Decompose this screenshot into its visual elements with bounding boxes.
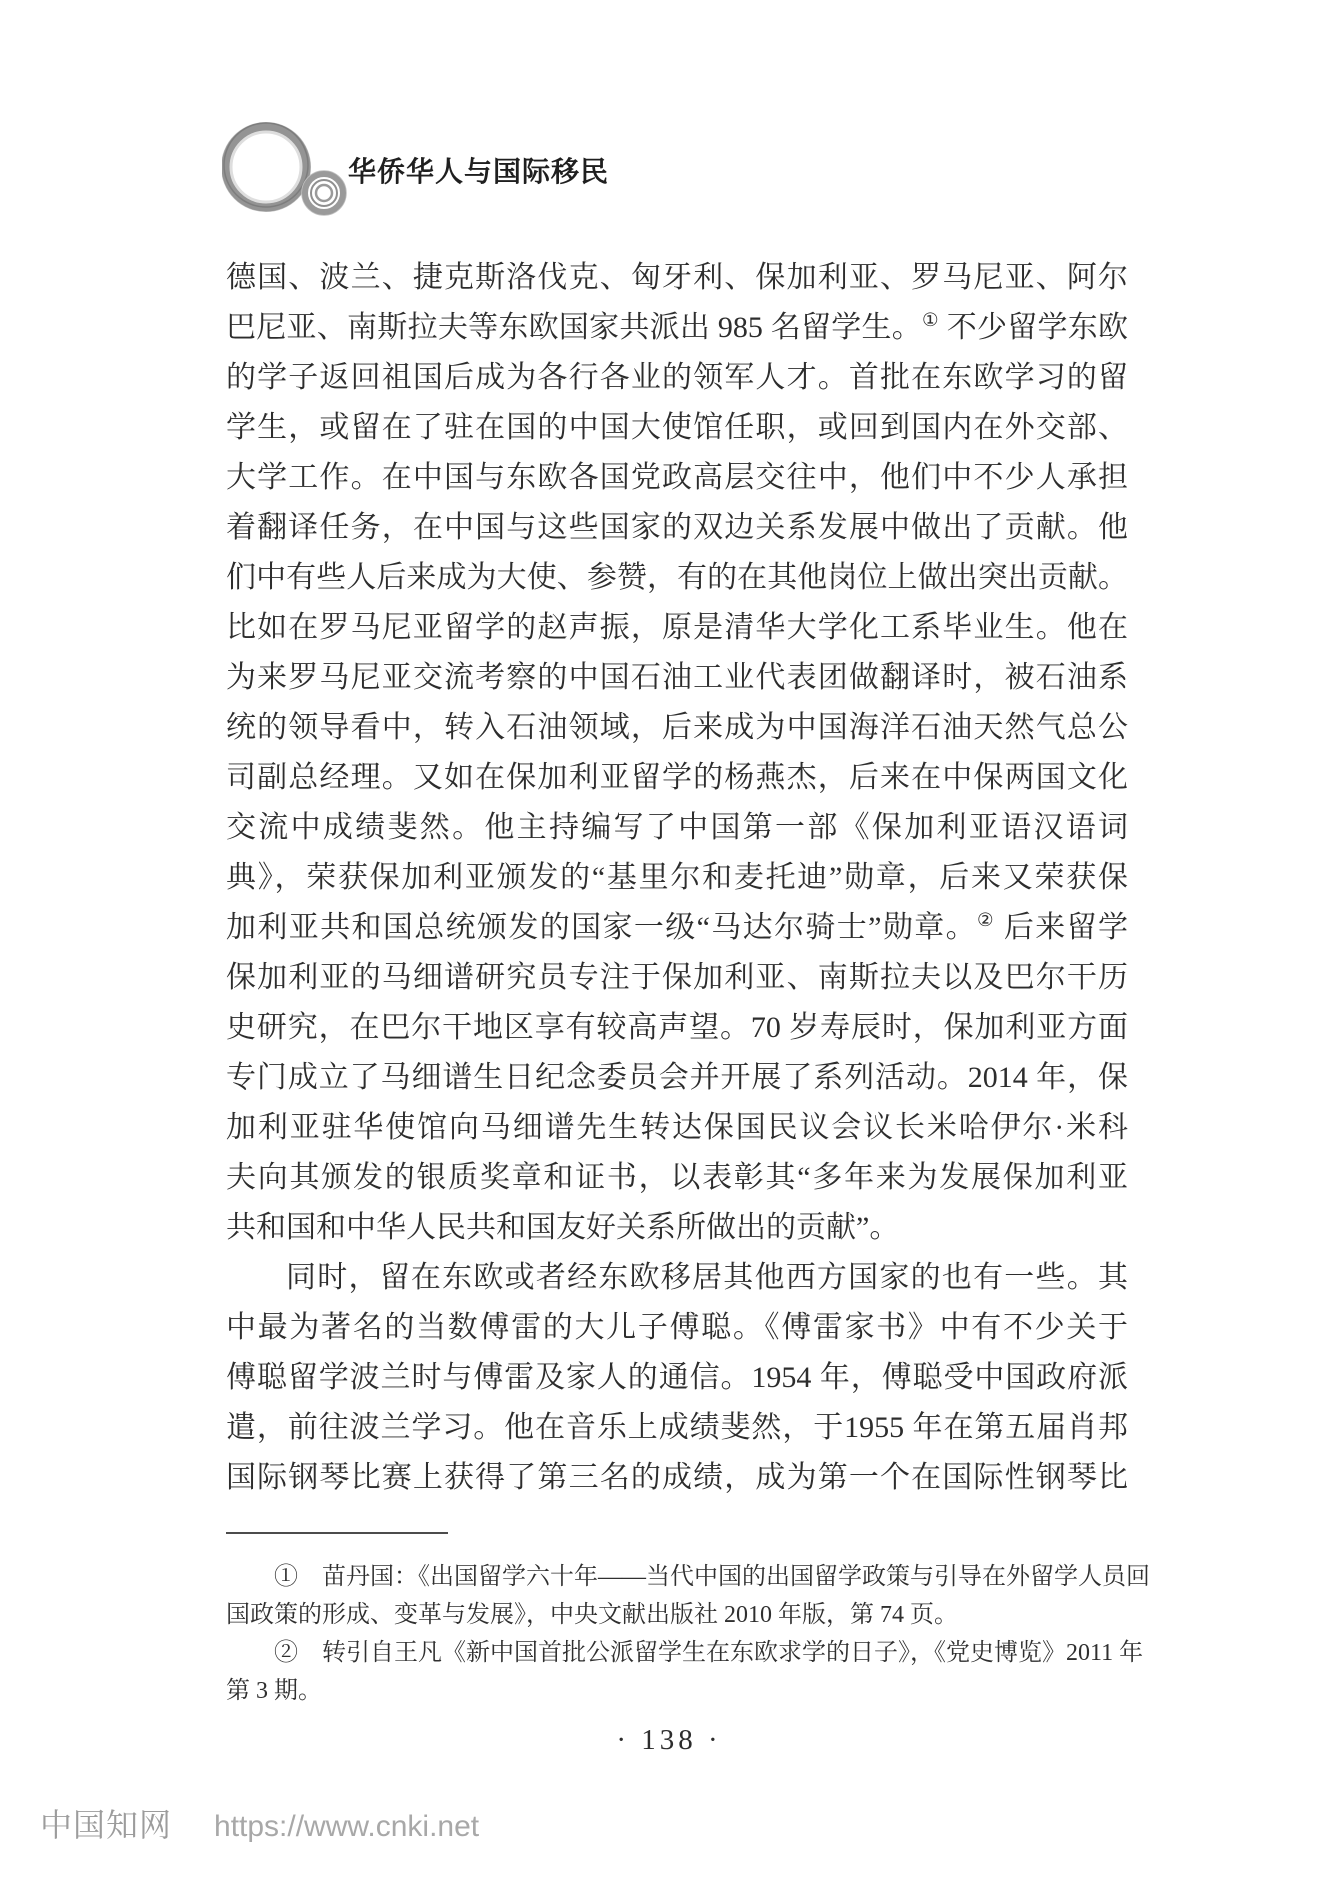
body-line: 交流中成绩斐然。他主持编写了中国第一部《保加利亚语汉语词 bbox=[226, 803, 1128, 853]
body-line: 同时，留在东欧或者经东欧移居其他西方国家的也有一些。其 bbox=[226, 1253, 1128, 1303]
footnote-line: ② 转引自王凡《新中国首批公派留学生在东欧求学的日子》，《党史博览》2011 年 bbox=[226, 1634, 1128, 1672]
body-line: 傅聪留学波兰时与傅雷及家人的通信。1954 年，傅聪受中国政府派 bbox=[226, 1353, 1128, 1403]
body-line: 着翻译任务，在中国与这些国家的双边关系发展中做出了贡献。他 bbox=[226, 503, 1128, 553]
body-line: 统的领导看中，转入石油领域，后来成为中国海洋石油天然气总公 bbox=[226, 703, 1128, 753]
body-line: 加利亚驻华使馆向马细谱先生转达保国民议会议长米哈伊尔·米科 bbox=[226, 1103, 1128, 1153]
footnote-line: 第 3 期。 bbox=[226, 1672, 1128, 1710]
body-line: 们中有些人后来成为大使、参赞，有的在其他岗位上做出突出贡献。 bbox=[226, 553, 1128, 603]
body-line: 加利亚共和国总统颁发的国家一级“马达尔骑士”勋章。② 后来留学 bbox=[226, 903, 1128, 953]
body-line: 司副总经理。又如在保加利亚留学的杨燕杰，后来在中保两国文化 bbox=[226, 753, 1128, 803]
body-line: 德国、波兰、捷克斯洛伐克、匈牙利、保加利亚、罗马尼亚、阿尔 bbox=[226, 253, 1128, 303]
body-line: 学生，或留在了驻在国的中国大使馆任职，或回到国内在外交部、 bbox=[226, 403, 1128, 453]
body-line: 比如在罗马尼亚留学的赵声振，原是清华大学化工系毕业生。他在 bbox=[226, 603, 1128, 653]
footnote-line: 国政策的形成、变革与发展》，中央文献出版社 2010 年版，第 74 页。 bbox=[226, 1596, 1128, 1634]
body-line: 专门成立了马细谱生日纪念委员会并开展了系列活动。2014 年，保 bbox=[226, 1053, 1128, 1103]
body-line: 国际钢琴比赛上获得了第三名的成绩，成为第一个在国际性钢琴比 bbox=[226, 1453, 1128, 1503]
journal-title: 华侨华人与国际移民 bbox=[348, 150, 609, 190]
footnote-line: ① 苗丹国：《出国留学六十年——当代中国的出国留学政策与引导在外留学人员回 bbox=[226, 1558, 1128, 1596]
body-line: 遣，前往波兰学习。他在音乐上成绩斐然，于1955 年在第五届肖邦 bbox=[226, 1403, 1128, 1453]
cnki-site-name: 中国知网 bbox=[40, 1800, 172, 1846]
body-line: 史研究，在巴尔干地区享有较高声望。70 岁寿辰时，保加利亚方面 bbox=[226, 1003, 1128, 1053]
body-line: 夫向其颁发的银质奖章和证书，以表彰其“多年来为发展保加利亚 bbox=[226, 1153, 1128, 1203]
footnotes-block: ① 苗丹国：《出国留学六十年——当代中国的出国留学政策与引导在外留学人员回 国政… bbox=[226, 1558, 1128, 1710]
body-line: 典》，荣获保加利亚颁发的“基里尔和麦托迪”勋章，后来又荣获保 bbox=[226, 853, 1128, 903]
body-line: 中最为著名的当数傅雷的大儿子傅聪。《傅雷家书》中有不少关于 bbox=[226, 1303, 1128, 1353]
page-number: · 138 · bbox=[0, 1724, 1338, 1757]
scanned-book-page: 华侨华人与国际移民 德国、波兰、捷克斯洛伐克、匈牙利、保加利亚、罗马尼亚、阿尔 … bbox=[0, 0, 1338, 1890]
body-line: 保加利亚的马细谱研究员专注于保加利亚、南斯拉夫以及巴尔干历 bbox=[226, 953, 1128, 1003]
body-text-block: 德国、波兰、捷克斯洛伐克、匈牙利、保加利亚、罗马尼亚、阿尔 巴尼亚、南斯拉夫等东… bbox=[226, 253, 1128, 1503]
body-line: 巴尼亚、南斯拉夫等东欧国家共派出 985 名留学生。① 不少留学东欧 bbox=[226, 303, 1128, 353]
body-line: 大学工作。在中国与东欧各国党政高层交往中，他们中不少人承担 bbox=[226, 453, 1128, 503]
body-line: 的学子返回祖国后成为各行各业的领军人才。首批在东欧学习的留 bbox=[226, 353, 1128, 403]
body-line: 共和国和中华人民共和国友好关系所做出的贡献”。 bbox=[226, 1203, 1128, 1253]
footnote-separator bbox=[226, 1532, 448, 1534]
cnki-watermark: 中国知网 https://www.cnki.net bbox=[40, 1800, 479, 1846]
body-line: 为来罗马尼亚交流考察的中国石油工业代表团做翻译时，被石油系 bbox=[226, 653, 1128, 703]
cnki-url: https://www.cnki.net bbox=[214, 1810, 479, 1844]
cnki-double-ring-logo-icon bbox=[222, 122, 350, 216]
